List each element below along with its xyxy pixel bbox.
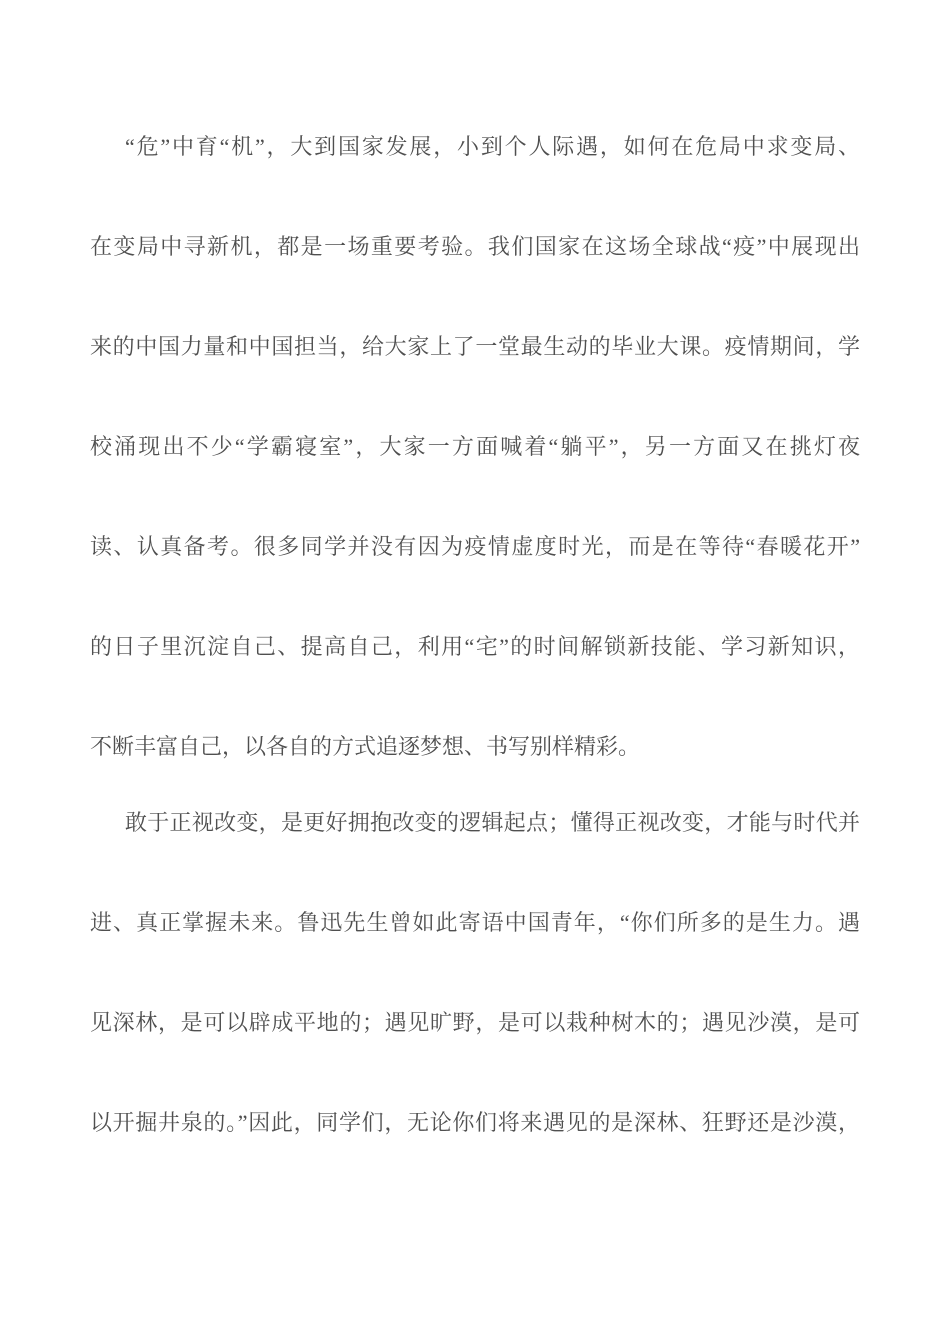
paragraph: 敢于正视改变，是更好拥抱改变的逻辑起点；懂得正视改变，才能与时代并进、真正掌握未…: [90, 773, 860, 1173]
text-line: 敢于正视改变，是更好拥抱改变的逻辑起点；懂得正视改变，才能与时代并: [90, 773, 860, 873]
text-line: 校涌现出不少“学霸寝室”，大家一方面喊着“躺平”，另一方面又在挑灯夜: [90, 397, 860, 497]
document-body: “危”中育“机”，大到国家发展，小到个人际遇，如何在危局中求变局、在变局中寻新机…: [90, 97, 860, 1173]
text-line: 进、真正掌握未来。鲁迅先生曾如此寄语中国青年，“你们所多的是生力。遇: [90, 873, 860, 973]
document-page: “危”中育“机”，大到国家发展，小到个人际遇，如何在危局中求变局、在变局中寻新机…: [0, 0, 950, 1344]
text-line: “危”中育“机”，大到国家发展，小到个人际遇，如何在危局中求变局、: [90, 97, 860, 197]
paragraph: “危”中育“机”，大到国家发展，小到个人际遇，如何在危局中求变局、在变局中寻新机…: [90, 97, 860, 797]
text-line: 以开掘井泉的。”因此，同学们，无论你们将来遇见的是深林、狂野还是沙漠，: [90, 1073, 860, 1173]
text-line: 见深林，是可以辟成平地的；遇见旷野，是可以栽种树木的；遇见沙漠，是可: [90, 973, 860, 1073]
text-line: 读、认真备考。很多同学并没有因为疫情虚度时光，而是在等待“春暖花开”: [90, 497, 860, 597]
text-line: 来的中国力量和中国担当，给大家上了一堂最生动的毕业大课。疫情期间，学: [90, 297, 860, 397]
text-line: 的日子里沉淀自己、提高自己，利用“宅”的时间解锁新技能、学习新知识，: [90, 597, 860, 697]
text-line: 在变局中寻新机，都是一场重要考验。我们国家在这场全球战“疫”中展现出: [90, 197, 860, 297]
